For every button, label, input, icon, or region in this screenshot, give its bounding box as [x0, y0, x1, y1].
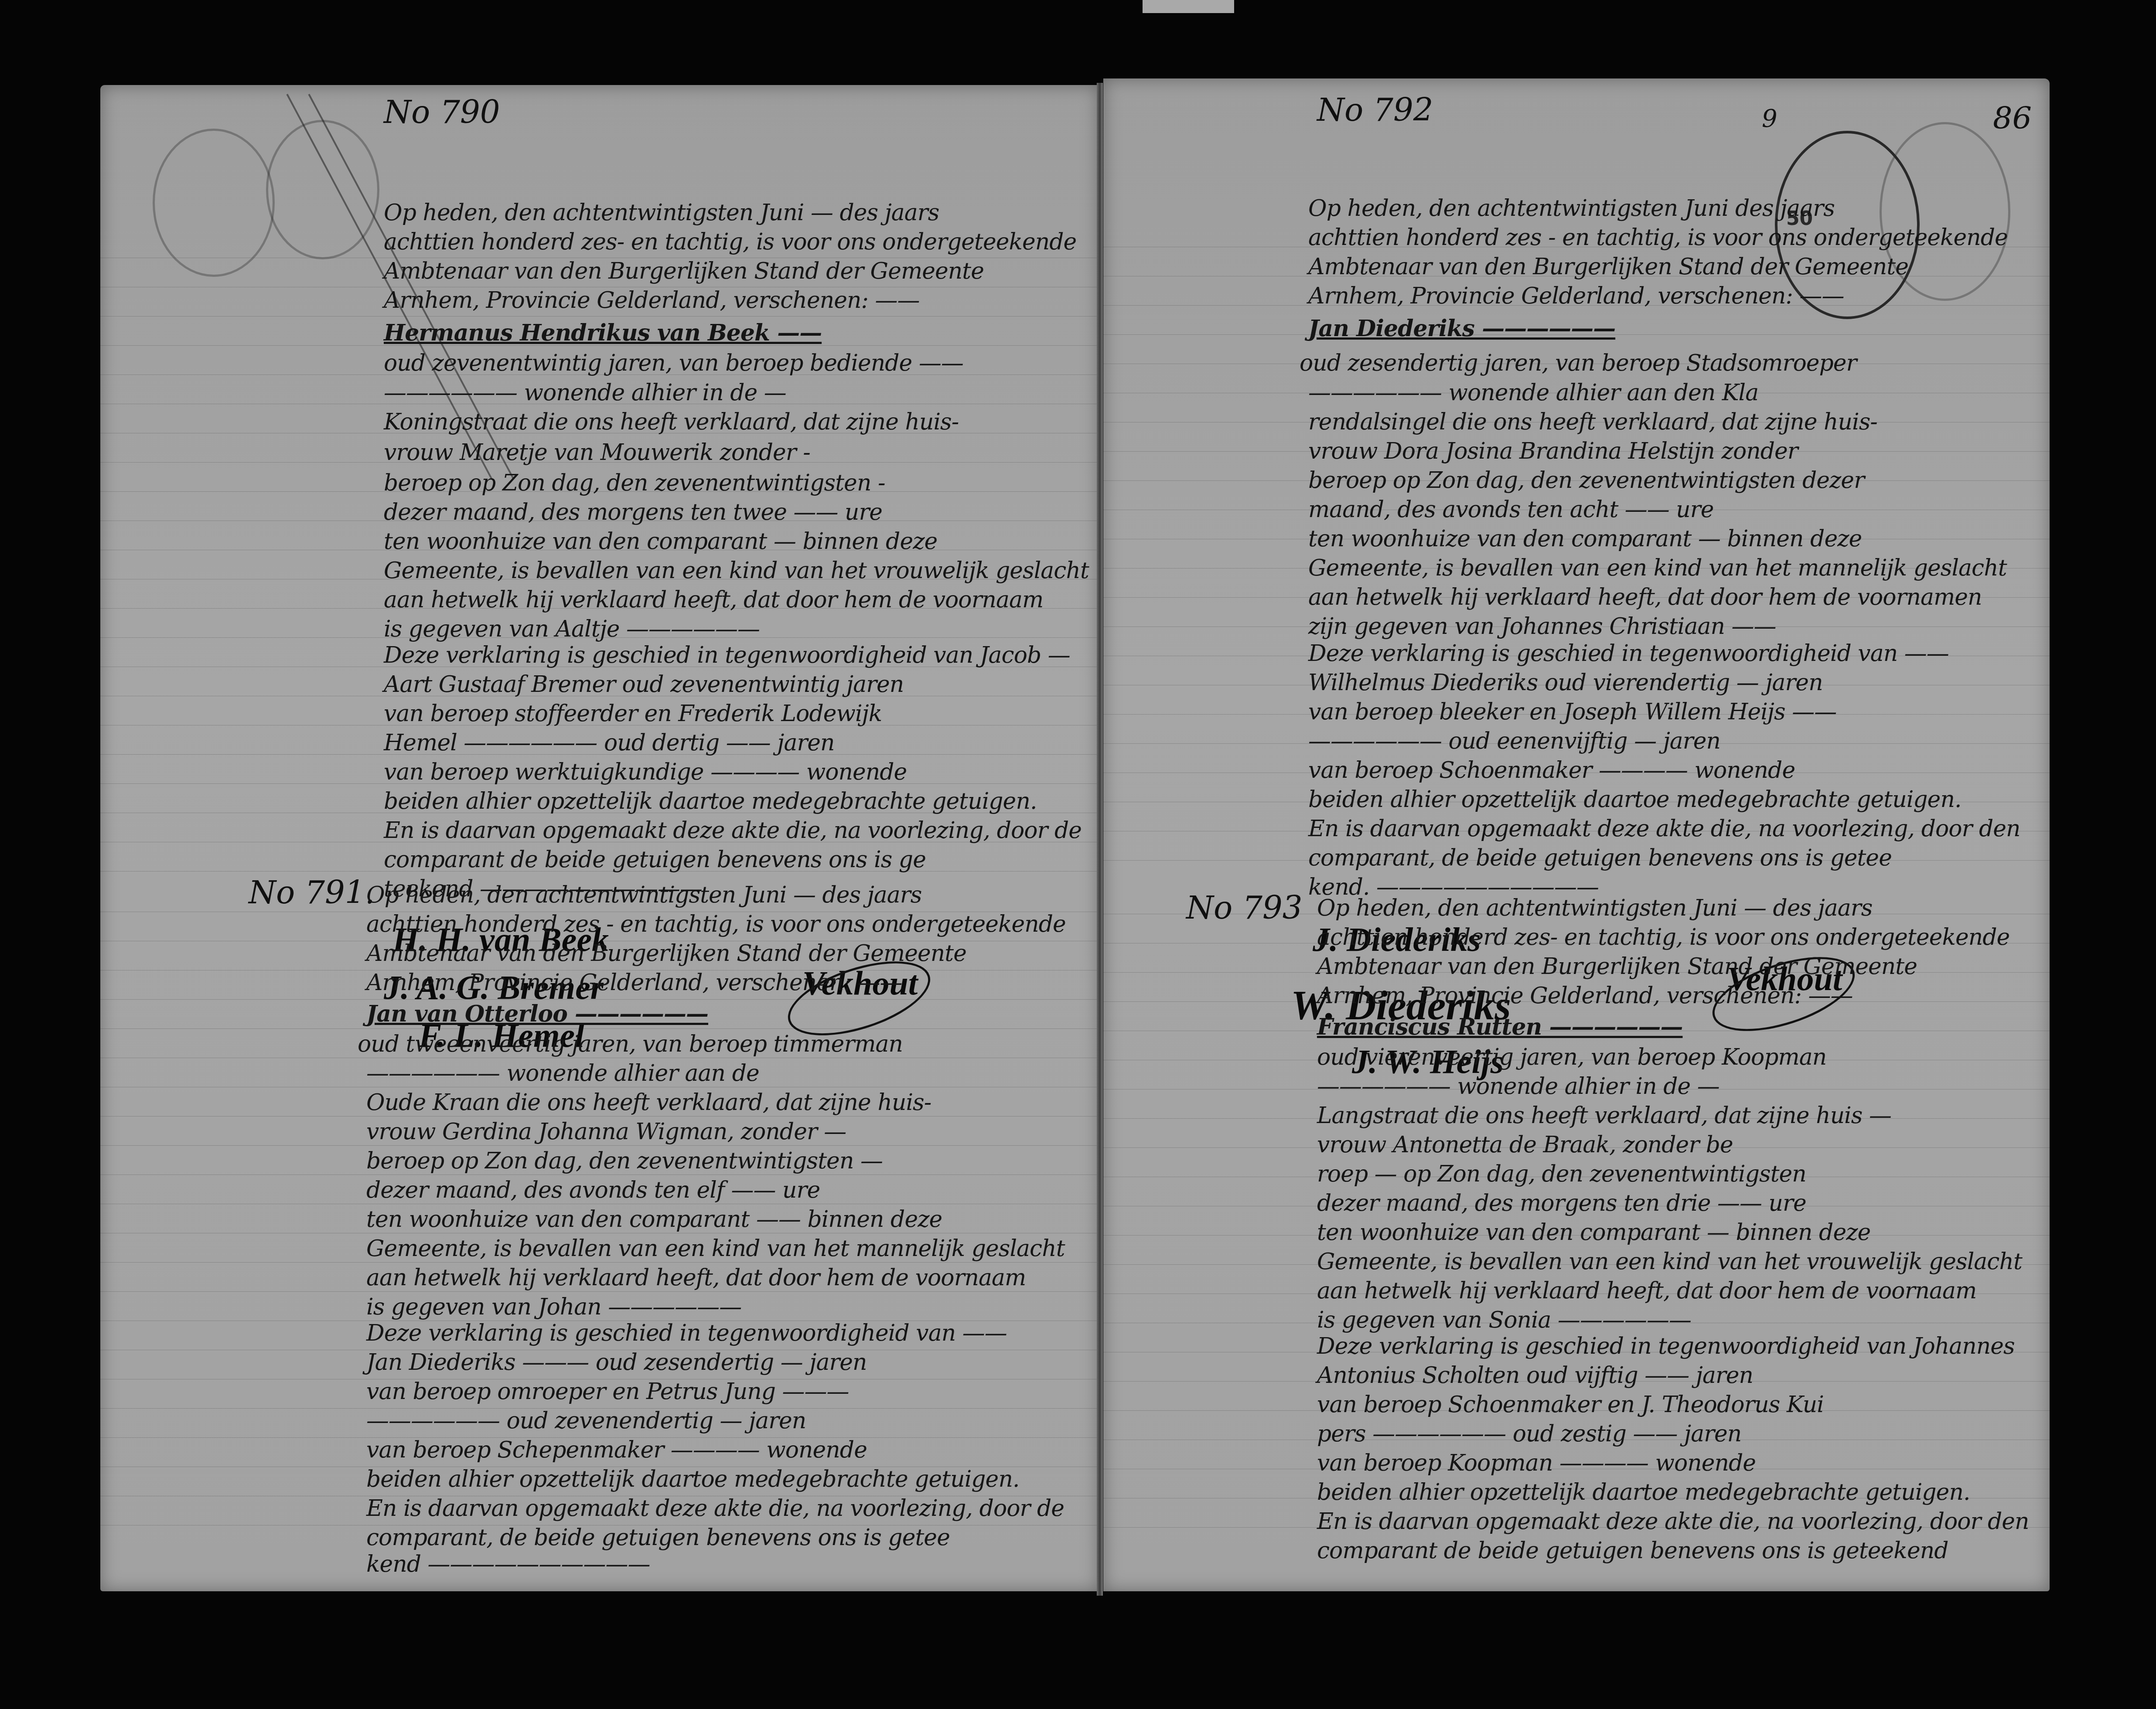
child-name-line: zijn gegeven van Johannes Christiaan —— [1308, 612, 1776, 641]
text-line: beroep op Zon dag, den zevenentwintigste… [384, 469, 885, 498]
text-line: van beroep Schepenmaker ———— wonende [366, 1436, 867, 1465]
text-line: Gemeente, is bevallen van een kind van h… [1317, 1247, 2022, 1277]
text-line: Hemel —————— oud dertig —— jaren [384, 729, 835, 758]
text-line: comparant, de beide getuigen benevens on… [366, 1523, 950, 1552]
text-line: roep — op Zon dag, den zevenentwintigste… [1317, 1160, 1806, 1189]
text-line: Deze verklaring is geschied in tegenwoor… [1308, 639, 1949, 668]
text-line: beiden alhier opzettelijk daartoe medege… [1317, 1478, 1970, 1507]
child-name-line: is gegeven van Sonia —————— [1317, 1306, 1691, 1335]
text-line: Op heden, den achtentwintigsten Juni — d… [384, 198, 939, 228]
text-line: comparant de beide getuigen benevens ons… [384, 845, 926, 875]
text-line: —————— oud eenenvijftig — jaren [1308, 727, 1720, 756]
mother-name-line: vrouw Maretje van Mouwerik zonder - [384, 438, 810, 467]
text-line: oud vierenveertig jaren, van beroep Koop… [1317, 1043, 1826, 1072]
text-line: En is daarvan opgemaakt deze akte die, n… [366, 1494, 1064, 1523]
text-line: Op heden, den achtentwintigsten Juni — d… [1317, 894, 1872, 923]
text-line: En is daarvan opgemaakt deze akte die, n… [384, 816, 1081, 845]
text-line: ten woonhuize van den comparant — binnen… [1308, 524, 1862, 554]
text-line: Gemeente, is bevallen van een kind van h… [1308, 554, 2007, 583]
text-line: maand, des avonds ten acht —— ure [1308, 495, 1713, 524]
text-line: oud zevenentwintig jaren, van beroep bed… [384, 349, 963, 378]
text-line: En is daarvan opgemaakt deze akte die, n… [1317, 1507, 2029, 1536]
text-line: pers —————— oud zestig —— jaren [1317, 1420, 1741, 1449]
text-line: achttien honderd zes - en tachtig, is vo… [1308, 223, 2008, 252]
text-line: achttien honderd zes - en tachtig, is vo… [366, 910, 1066, 939]
text-line: —————— oud zevenendertig — jaren [366, 1406, 806, 1436]
child-name-line: is gegeven van Aaltje —————— [384, 615, 760, 644]
text-line: Gemeente, is bevallen van een kind van h… [366, 1234, 1065, 1263]
father-name-line: Jan van Otterloo —————— [366, 999, 708, 1028]
text-line: beroep op Zon dag, den zevenentwintigste… [1308, 466, 1864, 495]
text-line: van beroep bleeker en Joseph Willem Heij… [1308, 698, 1836, 727]
text-line: rendalsingel die ons heeft verklaard, da… [1308, 408, 1877, 437]
text-line: van beroep Koopman ———— wonende [1317, 1449, 1756, 1478]
faded-seal-stamp [153, 129, 275, 277]
text-line: aan hetwelk hij verklaard heeft, dat doo… [1317, 1277, 1976, 1306]
text-line: —————— wonende alhier aan de [366, 1059, 759, 1088]
text-line: aan hetwelk hij verklaard heeft, dat doo… [1308, 583, 1982, 612]
father-name-line: Hermanus Hendrikus van Beek —— [384, 318, 822, 347]
text-line: Jan Diederiks ——— oud zesendertig — jare… [366, 1348, 867, 1377]
text-line: ten woonhuize van den comparant —— binne… [366, 1205, 942, 1234]
text-line: Op heden, den achtentwintigsten Juni des… [1308, 194, 1835, 223]
text-line: Aart Gustaaf Bremer oud zevenentwintig j… [384, 670, 904, 699]
mother-name-line: vrouw Gerdina Johanna Wigman, zonder — [366, 1117, 846, 1147]
text-line: oud zesendertig jaren, van beroep Stadso… [1300, 349, 1856, 378]
text-line: dezer maand, des morgens ten twee —— ure [384, 498, 882, 527]
text-line: Arnhem, Provincie Gelderland, verschenen… [366, 968, 902, 997]
text-line: —————— wonende alhier aan den Kla [1308, 378, 1758, 408]
text-line: dezer maand, des avonds ten elf —— ure [366, 1176, 820, 1205]
text-line: beroep op Zon dag, den zevenentwintigste… [366, 1147, 883, 1176]
text-line: Arnhem, Provincie Gelderland, verschenen… [1317, 981, 1852, 1011]
text-line: oud tweeenveertig jaren, van beroep timm… [358, 1030, 903, 1059]
entry-number: No 791. [249, 874, 375, 911]
text-line: Ambtenaar van den Burgerlijken Stand der… [384, 257, 984, 286]
text-line: Arnhem, Provincie Gelderland, verschenen… [1308, 282, 1844, 311]
text-line: En is daarvan opgemaakt deze akte die, n… [1308, 814, 2020, 844]
text-line: ten woonhuize van den comparant — binnen… [384, 527, 937, 556]
text-line: Ambtenaar van den Burgerlijken Stand der… [366, 939, 966, 968]
text-line: van beroep werktuigkundige ———— wonende [384, 758, 907, 787]
text-line: —————— wonende alhier in de — [384, 378, 786, 408]
text-line: Deze verklaring is geschied in tegenwoor… [1317, 1332, 2015, 1361]
text-line: Arnhem, Provincie Gelderland, verschenen… [384, 286, 919, 315]
text-line: —————— wonende alhier in de — [1317, 1072, 1719, 1101]
text-line: Langstraat die ons heeft verklaard, dat … [1317, 1101, 1891, 1130]
text-line: Oude Kraan die ons heeft verklaard, dat … [366, 1088, 931, 1117]
entry-number: No 792 [1317, 92, 1433, 128]
text-line: kend —————————— [366, 1550, 650, 1579]
text-line: aan hetwelk hij verklaard heeft, dat doo… [384, 586, 1043, 615]
text-line: achttien honderd zes- en tachtig, is voo… [1317, 923, 2009, 952]
text-line: ten woonhuize van den comparant — binnen… [1317, 1218, 1870, 1247]
text-line: van beroep Schoenmaker ———— wonende [1308, 756, 1795, 785]
entry-number: No 790 [384, 94, 500, 130]
text-line: dezer maand, des morgens ten drie —— ure [1317, 1189, 1806, 1218]
text-line: Antonius Scholten oud vijftig —— jaren [1317, 1361, 1753, 1390]
text-line: comparant de beide getuigen benevens ons… [1317, 1536, 1948, 1566]
text-line: Deze verklaring is geschied in tegenwoor… [366, 1319, 1007, 1348]
corner-mark: 9 [1762, 105, 1777, 133]
text-line: Koningstraat die ons heeft verklaard, da… [384, 408, 959, 437]
father-name-line: Franciscus Rutten —————— [1317, 1012, 1683, 1042]
mother-name-line: vrouw Dora Josina Brandina Helstijn zond… [1308, 437, 1798, 466]
text-line: comparant, de beide getuigen benevens on… [1308, 844, 1892, 873]
mother-name-line: vrouw Antonetta de Braak, zonder be [1317, 1130, 1733, 1160]
register-tab-marker [1143, 0, 1234, 13]
folio-number: 86 [1993, 100, 2032, 136]
text-line: Wilhelmus Diederiks oud vierendertig — j… [1308, 668, 1823, 698]
text-line: aan hetwelk hij verklaard heeft, dat doo… [366, 1263, 1026, 1293]
text-line: beiden alhier opzettelijk daartoe medege… [366, 1465, 1019, 1494]
text-line: beiden alhier opzettelijk daartoe medege… [384, 787, 1037, 816]
text-line: Op heden, den achtentwintigsten Juni — d… [366, 881, 921, 910]
entry-number: No 793 [1186, 889, 1303, 926]
text-line: Gemeente, is bevallen van een kind van h… [384, 556, 1089, 586]
text-line: Ambtenaar van den Burgerlijken Stand der… [1317, 952, 1917, 981]
text-line: van beroep Schoenmaker en J. Theodorus K… [1317, 1390, 1824, 1420]
child-name-line: is gegeven van Johan —————— [366, 1293, 741, 1322]
text-line: achttien honderd zes- en tachtig, is voo… [384, 228, 1076, 257]
text-line: van beroep omroeper en Petrus Jung ——— [366, 1377, 849, 1406]
text-line: Deze verklaring is geschied in tegenwoor… [384, 641, 1070, 670]
text-line: beiden alhier opzettelijk daartoe medege… [1308, 785, 1961, 814]
text-line: van beroep stoffeerder en Frederik Lodew… [384, 699, 882, 729]
book-spine [1097, 83, 1103, 1596]
father-name-line: Jan Diederiks —————— [1308, 314, 1615, 343]
text-line: Ambtenaar van den Burgerlijken Stand der… [1308, 252, 1908, 282]
